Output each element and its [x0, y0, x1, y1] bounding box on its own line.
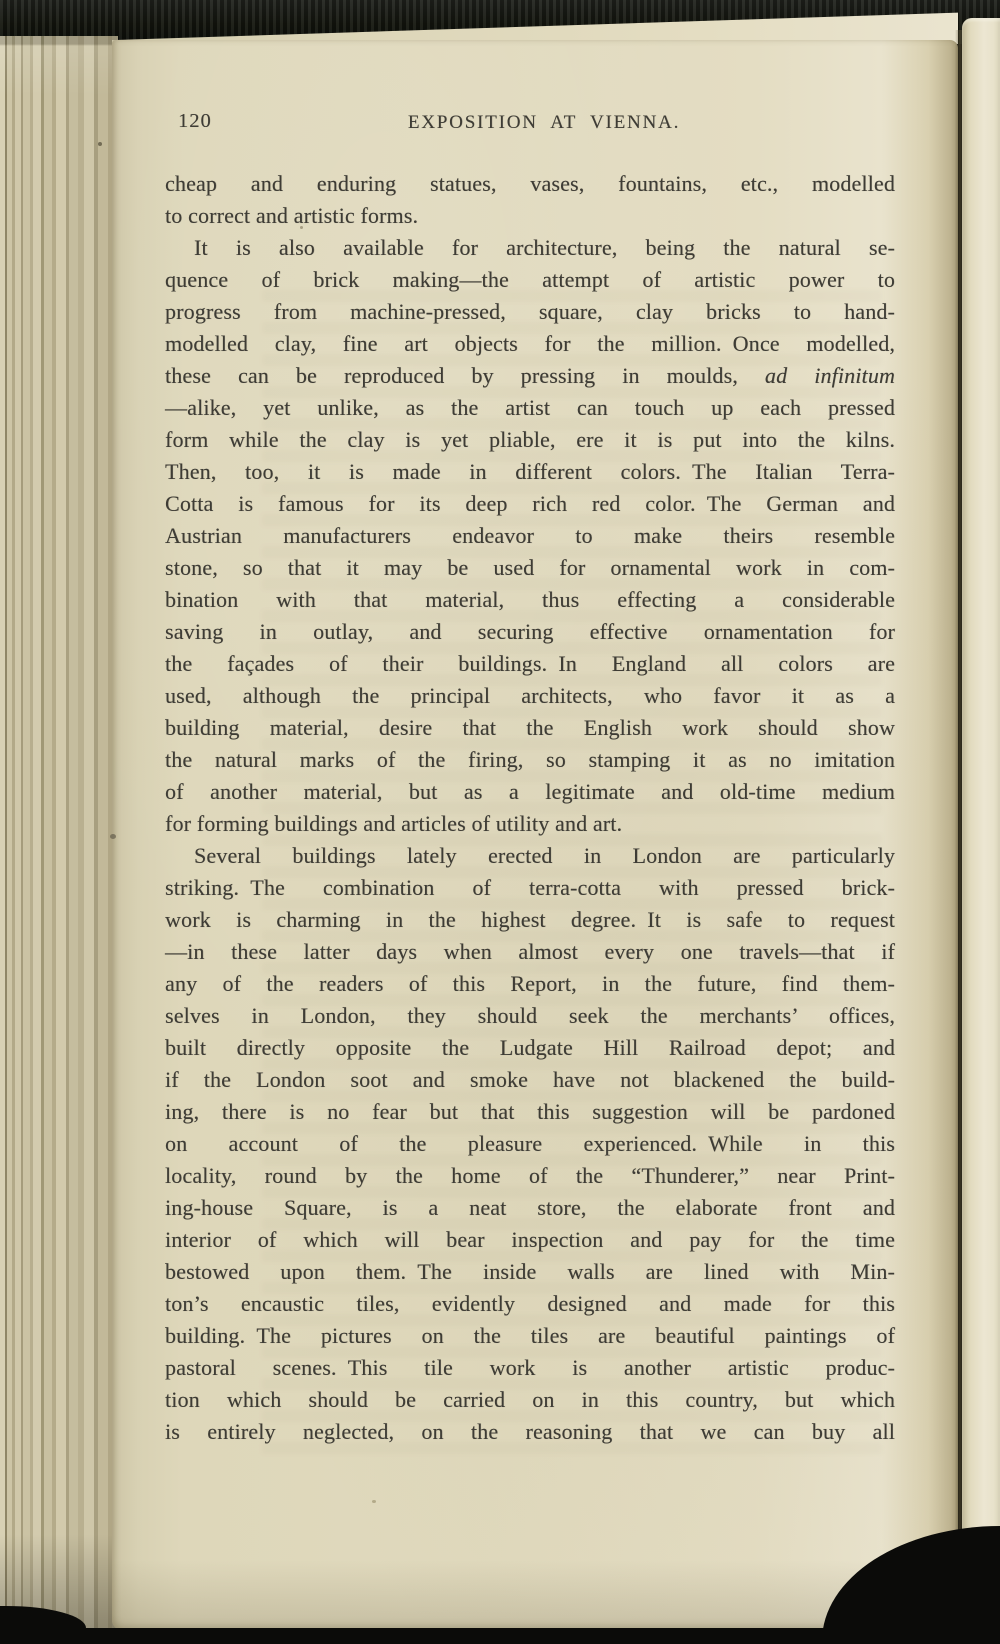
text-line: of another material, but as a legitimate…: [165, 776, 895, 808]
text-line: building material, desire that the Engli…: [165, 712, 895, 744]
text-line: Cotta is famous for its deep rich red co…: [165, 488, 895, 520]
text-line: striking. The combination of terra-cotta…: [165, 872, 895, 904]
text-segment: interior of which will bear inspection a…: [165, 1227, 895, 1252]
text-segment: quence of brick making—the attempt of ar…: [165, 267, 895, 292]
page-edges-left: [0, 36, 118, 1630]
text-segment: stone, so that it may be used for orname…: [165, 555, 895, 580]
text-line: these can be reproduced by pressing in m…: [165, 360, 895, 392]
text-segment: work is charming in the highest degree. …: [165, 907, 895, 932]
text-line: locality, round by the home of the “Thun…: [165, 1160, 895, 1192]
text-line: stone, so that it may be used for orname…: [165, 552, 895, 584]
text-segment: —in these latter days when almost every …: [165, 939, 895, 964]
text-segment: Cotta is famous for its deep rich red co…: [165, 491, 895, 516]
text-segment: Then, too, it is made in different color…: [165, 459, 895, 484]
text-line: pastoral scenes. This tile work is anoth…: [165, 1352, 895, 1384]
text-segment: saving in outlay, and securing effective…: [165, 619, 895, 644]
text-line: bination with that material, thus effect…: [165, 584, 895, 616]
text-line: to correct and artistic forms.: [165, 200, 895, 232]
text-segment: It is also available for architecture, b…: [194, 235, 895, 260]
book-scan: 120 EXPOSITION AT VIENNA. cheap and endu…: [0, 0, 1000, 1644]
text-line: used, although the principal architects,…: [165, 680, 895, 712]
text-segment: on account of the pleasure experienced. …: [165, 1131, 895, 1156]
text-line: on account of the pleasure experienced. …: [165, 1128, 895, 1160]
text-line: any of the readers of this Report, in th…: [165, 968, 895, 1000]
text-segment: cheap and enduring statues, vases, fount…: [165, 171, 895, 196]
text-line: tion which should be carried on in this …: [165, 1384, 895, 1416]
text-line: —alike, yet unlike, as the artist can to…: [165, 392, 895, 424]
text-line: selves in London, they should seek the m…: [165, 1000, 895, 1032]
text-segment: locality, round by the home of the “Thun…: [165, 1163, 895, 1188]
text-segment: any of the readers of this Report, in th…: [165, 971, 895, 996]
text-segment: built directly opposite the Ludgate Hill…: [165, 1035, 895, 1060]
text-segment: ton’s encaustic tiles, evidently designe…: [165, 1291, 895, 1316]
text-segment: if the London soot and smoke have not bl…: [165, 1067, 895, 1092]
text-line: —in these latter days when almost every …: [165, 936, 895, 968]
book-cover-bottom-edge: [0, 1628, 1000, 1644]
text-line: for forming buildings and articles of ut…: [165, 808, 895, 840]
text-line: ing-house Square, is a neat store, the e…: [165, 1192, 895, 1224]
text-line: Several buildings lately erected in Lond…: [165, 840, 895, 872]
page-body-text: cheap and enduring statues, vases, fount…: [165, 168, 895, 1448]
text-line: Austrian manufacturers endeavor to make …: [165, 520, 895, 552]
text-line: cheap and enduring statues, vases, fount…: [165, 168, 895, 200]
adjacent-page-edge: [962, 18, 1000, 1588]
text-segment: these can be reproduced by pressing in m…: [165, 363, 765, 388]
text-line: quence of brick making—the attempt of ar…: [165, 264, 895, 296]
text-line: built directly opposite the Ludgate Hill…: [165, 1032, 895, 1064]
running-header: EXPOSITION AT VIENNA.: [179, 112, 909, 134]
text-segment: used, although the principal architects,…: [165, 683, 895, 708]
text-line: ton’s encaustic tiles, evidently designe…: [165, 1288, 895, 1320]
text-segment: form while the clay is yet pliable, ere …: [165, 427, 895, 452]
text-line: modelled clay, fine art objects for the …: [165, 328, 895, 360]
text-segment: modelled clay, fine art objects for the …: [165, 331, 895, 356]
text-segment: striking. The combination of terra-cotta…: [165, 875, 895, 900]
text-line: building. The pictures on the tiles are …: [165, 1320, 895, 1352]
text-line: if the London soot and smoke have not bl…: [165, 1064, 895, 1096]
text-line: Then, too, it is made in different color…: [165, 456, 895, 488]
text-segment: bination with that material, thus effect…: [165, 587, 895, 612]
text-segment: Austrian manufacturers endeavor to make …: [165, 523, 895, 548]
text-segment: pastoral scenes. This tile work is anoth…: [165, 1355, 895, 1380]
text-line: work is charming in the highest degree. …: [165, 904, 895, 936]
text-line: bestowed upon them. The inside walls are…: [165, 1256, 895, 1288]
text-segment: building material, desire that the Engli…: [165, 715, 895, 740]
text-segment: ing, there is no fear but that this sugg…: [165, 1099, 895, 1124]
text-segment: is entirely neglected, on the reasoning …: [165, 1419, 895, 1444]
italic-phrase: ad infinitum: [765, 363, 895, 388]
text-segment: ing-house Square, is a neat store, the e…: [165, 1195, 895, 1220]
text-line: is entirely neglected, on the reasoning …: [165, 1416, 895, 1448]
text-segment: tion which should be carried on in this …: [165, 1387, 895, 1412]
text-line: ing, there is no fear but that this sugg…: [165, 1096, 895, 1128]
book-page: 120 EXPOSITION AT VIENNA. cheap and endu…: [112, 40, 958, 1630]
text-segment: Several buildings lately erected in Lond…: [194, 843, 895, 868]
text-segment: bestowed upon them. The inside walls are…: [165, 1259, 895, 1284]
text-segment: of another material, but as a legitimate…: [165, 779, 895, 804]
text-line: It is also available for architecture, b…: [165, 232, 895, 264]
text-segment: the façades of their buildings. In Engla…: [165, 651, 895, 676]
text-segment: —alike, yet unlike, as the artist can to…: [165, 395, 895, 420]
text-segment: selves in London, they should seek the m…: [165, 1003, 895, 1028]
text-segment: building. The pictures on the tiles are …: [165, 1323, 895, 1348]
text-line: form while the clay is yet pliable, ere …: [165, 424, 895, 456]
text-line: the natural marks of the firing, so stam…: [165, 744, 895, 776]
text-segment: for forming buildings and articles of ut…: [165, 811, 622, 836]
text-line: progress from machine-pressed, square, c…: [165, 296, 895, 328]
text-segment: to correct and artistic forms.: [165, 203, 418, 228]
text-segment: progress from machine-pressed, square, c…: [165, 299, 895, 324]
text-line: saving in outlay, and securing effective…: [165, 616, 895, 648]
text-line: interior of which will bear inspection a…: [165, 1224, 895, 1256]
text-line: the façades of their buildings. In Engla…: [165, 648, 895, 680]
page-header: 120 EXPOSITION AT VIENNA.: [165, 108, 895, 134]
text-segment: the natural marks of the firing, so stam…: [165, 747, 895, 772]
